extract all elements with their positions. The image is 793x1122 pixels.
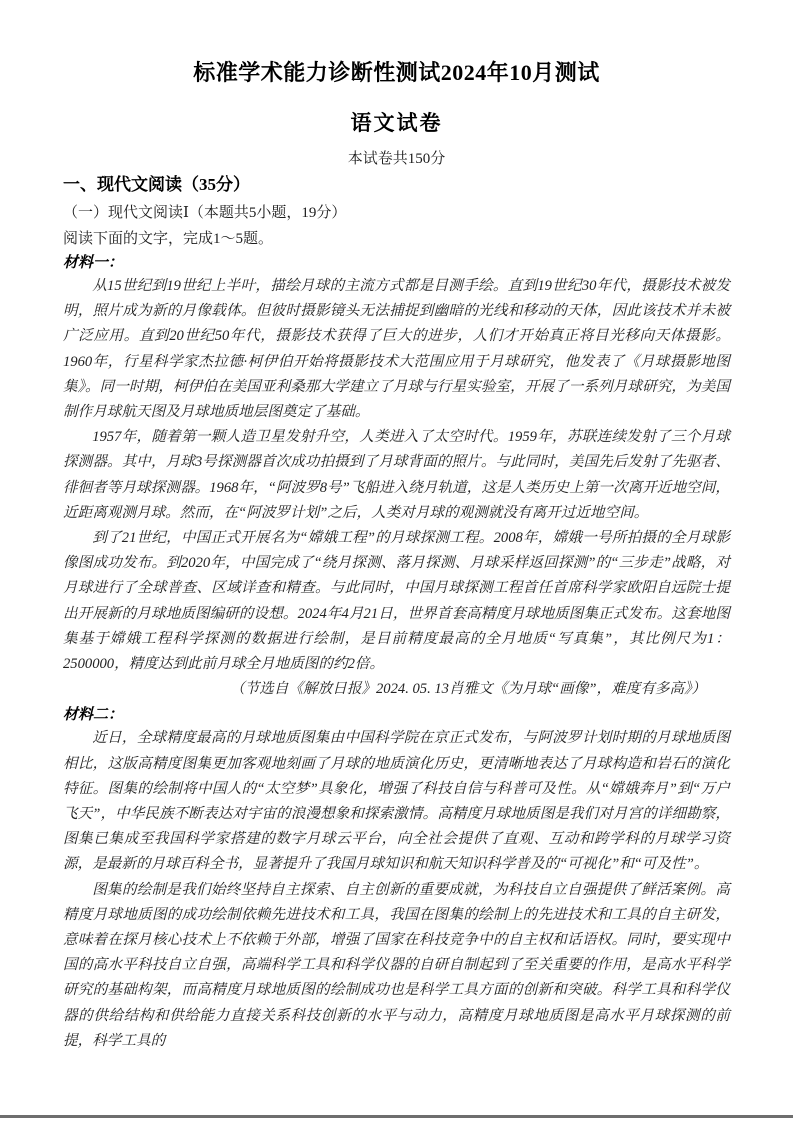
reading-instruction: 阅读下面的文字，完成1～5题。 bbox=[63, 228, 730, 250]
material-two-paragraph-2: 图集的绘制是我们始终坚持自主探索、自主创新的重要成就，为科技自立自强提供了鲜活案… bbox=[63, 878, 730, 1054]
page-bottom-rule bbox=[0, 1115, 793, 1118]
material-one-source: （节选自《解放日报》2024. 05. 13肖雅文《为月球“画像”，难度有多高》… bbox=[63, 677, 730, 702]
document-subtitle: 语文试卷 bbox=[63, 109, 730, 137]
material-one-label: 材料一： bbox=[63, 252, 730, 274]
page-content: 标准学术能力诊断性测试2024年10月测试 语文试卷 本试卷共150分 一、现代… bbox=[0, 0, 793, 1054]
material-two-paragraph-1: 近日，全球精度最高的月球地质图集由中国科学院在京正式发布，与阿波罗计划时期的月球… bbox=[63, 726, 730, 877]
document-title: 标准学术能力诊断性测试2024年10月测试 bbox=[63, 58, 730, 88]
subsection-heading: （一）现代文阅读Ⅰ（本题共5小题，19分） bbox=[63, 202, 730, 224]
material-two-label: 材料二： bbox=[63, 704, 730, 726]
document-page: 标准学术能力诊断性测试2024年10月测试 语文试卷 本试卷共150分 一、现代… bbox=[0, 0, 793, 1122]
section-heading-modern-reading: 一、现代文阅读（35分） bbox=[63, 173, 730, 197]
material-one-paragraph-1: 从15世纪到19世纪上半叶，描绘月球的主流方式都是目测手绘。直到19世纪30年代… bbox=[63, 274, 730, 425]
total-score-note: 本试卷共150分 bbox=[63, 148, 730, 170]
material-one-paragraph-2: 1957年，随着第一颗人造卫星发射升空，人类进入了太空时代。1959年，苏联连续… bbox=[63, 425, 730, 526]
material-one-paragraph-3: 到了21世纪，中国正式开展名为“嫦娥工程”的月球探测工程。2008年，嫦娥一号所… bbox=[63, 526, 730, 677]
